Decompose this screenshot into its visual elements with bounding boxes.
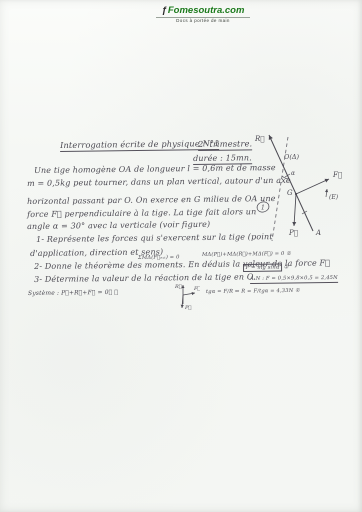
- annotation-system-equation: Système : P⃗+R⃗+F⃗ = 0⃗ Ⓐ: [28, 289, 118, 297]
- mini-P-label: P⃗: [184, 305, 191, 311]
- site-logo-text: Fomesoutra.com: [168, 5, 245, 16]
- force-arrow-F: [296, 179, 329, 194]
- force-arrow-R: [269, 135, 279, 157]
- site-logo-tagline: Docs à portée de main: [138, 19, 268, 24]
- label-O: O(Δ): [284, 153, 300, 161]
- annotation-moment-sum: ΣMΔ(F⃗ₑₓₜ) = 0: [138, 254, 180, 261]
- grade-circle-label: 1: [261, 205, 265, 212]
- question-line: 1- Représente les forces qui s'exercent …: [36, 232, 273, 244]
- body-line: horizontal passant par O. On exerce en G…: [27, 194, 276, 206]
- label-R: R⃗: [254, 135, 264, 143]
- body-line: force F⃗ perpendiculaire à la tige. La t…: [27, 207, 256, 219]
- body-line: angle α = 30° avec la verticale (voir fi…: [27, 220, 210, 231]
- body-line: Une tige homogène OA de longueur l = 0,6…: [34, 163, 276, 175]
- label-F: F⃗: [332, 171, 342, 179]
- mini-F-label: F⃗: [193, 286, 200, 292]
- figure-diagram: 1 (E) R⃗ O(Δ) α G F⃗ P⃗ A: [249, 131, 362, 249]
- document-title: Interrogation écrite de physique N°1: [60, 138, 220, 150]
- force-arrow-P: [294, 194, 296, 226]
- annotation-numeric-application: A.N : F = 0,5×9,8×0,5 = 2,45N: [250, 275, 338, 282]
- mini-force-diagram: R⃗ F⃗ P⃗: [170, 281, 200, 311]
- annotation-force-boxed: F = mg sinα: [243, 264, 282, 272]
- figure-area: 1 (E) R⃗ O(Δ) α G F⃗ P⃗ A: [249, 131, 362, 253]
- site-logo-name: ƒFomesoutra.com: [138, 6, 268, 16]
- question-line: 3- Détermine la valeur de la réaction de…: [34, 272, 256, 284]
- document-duration: durée : 15mn.: [193, 153, 252, 163]
- mini-F-arrow: [183, 293, 195, 295]
- annotation-force-result: F = mg sinα ②: [243, 264, 289, 271]
- scanned-document-page: ƒFomesoutra.com Docs à portée de main In…: [0, 0, 362, 512]
- point-G: [295, 193, 297, 195]
- mini-R-label: R⃗: [174, 284, 182, 290]
- label-alpha: α: [291, 170, 295, 177]
- document-term: 2ᵉ trimestre.: [198, 138, 252, 149]
- e-mark-arrow: [326, 189, 327, 197]
- document-title-text: Interrogation écrite de physique N°1: [60, 138, 220, 151]
- label-P: P⃗: [288, 229, 298, 237]
- label-A: A: [315, 229, 321, 237]
- logo-f-icon: ƒ: [162, 5, 167, 16]
- label-G: G: [287, 189, 293, 197]
- annotation-force-mark: ②: [284, 264, 289, 270]
- document-term-text: 2ᵉ trimestre.: [198, 138, 252, 150]
- e-mark-label: (E): [329, 194, 339, 201]
- mini-P-arrow: [182, 295, 183, 308]
- annotation-reaction-result: tgα = F/R ⇒ R = F/tgα = 4,33N ①: [206, 288, 300, 295]
- site-logo: ƒFomesoutra.com Docs à portée de main: [138, 6, 268, 23]
- annotation-numeric-text: A.N : F = 0,5×9,8×0,5 = 2,45N: [250, 275, 338, 284]
